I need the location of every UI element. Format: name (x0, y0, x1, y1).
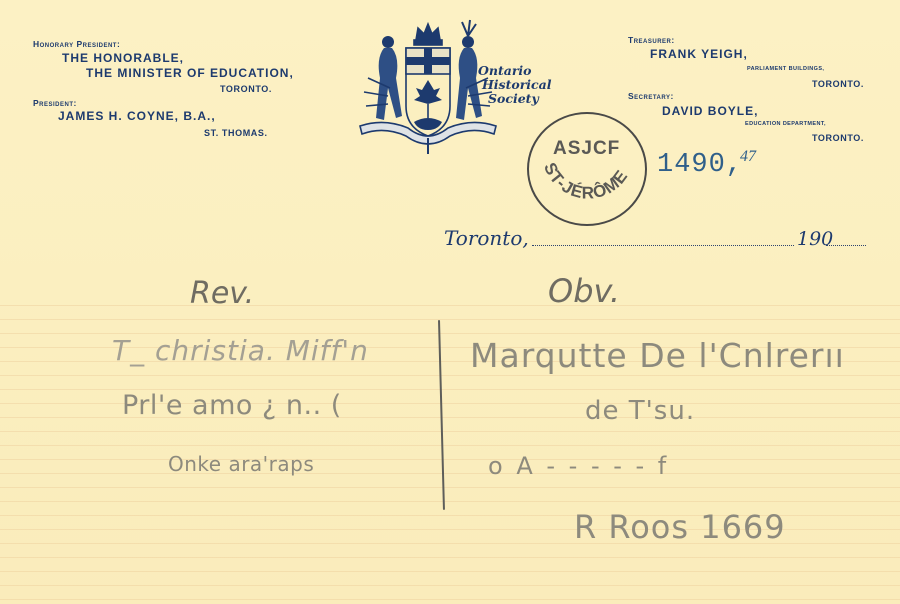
honorary-city: TORONTO. (220, 84, 272, 94)
society-name: Ontario Historical Society (478, 64, 552, 106)
obverse-line-2: de T'su. (585, 396, 695, 426)
reverse-line-3: Onke ara'raps (168, 452, 314, 476)
honorary-line2: THE MINISTER OF EDUCATION, (86, 66, 294, 80)
treasurer-city: TORONTO. (812, 79, 864, 89)
reverse-line-2: Prl'e amo ¿ n.. ( (122, 390, 342, 421)
secretary-name: DAVID BOYLE, (662, 104, 758, 118)
secretary-office: EDUCATION DEPARTMENT, (745, 121, 826, 127)
treasurer-label: Treasurer: (628, 35, 675, 45)
dateline-year: 190 (797, 228, 833, 250)
obverse-heading: Obv. (548, 272, 620, 310)
svg-text:ST-JÉRÔME: ST-JÉRÔME (540, 160, 632, 203)
reverse-line-1: T_ christia. Miff'n (112, 334, 369, 367)
president-name: JAMES H. COYNE, B.A., (58, 109, 216, 123)
dateline-city: Toronto, (444, 226, 529, 250)
accession-number: 1490, (657, 150, 743, 180)
accession-suffix: 47 (740, 148, 756, 166)
society-line1: Ontario (478, 64, 552, 78)
president-label: President: (33, 98, 77, 108)
honorary-line1: THE HONORABLE, (62, 51, 184, 65)
president-city: ST. THOMAS. (204, 128, 268, 138)
treasurer-office: PARLIAMENT BUILDINGS, (747, 66, 824, 72)
secretary-label: Secretary: (628, 91, 674, 101)
year-dotted-line (826, 245, 866, 246)
society-line2: Historical (478, 78, 552, 92)
obverse-line-1: Marqutte De l'Cnlrerıı (470, 336, 845, 375)
honorary-president-label: Honorary President: (33, 39, 120, 49)
secretary-city: TORONTO. (812, 133, 864, 143)
society-line3: Society (478, 92, 552, 106)
obverse-line-3: o A - - - - - f (488, 452, 669, 480)
treasurer-name: FRANK YEIGH, (650, 47, 748, 61)
archive-stamp: ASJCF ST-JÉRÔME (527, 112, 647, 226)
reverse-heading: Rev. (190, 276, 254, 311)
date-dotted-line (532, 245, 794, 246)
stamp-bottom-text: ST-JÉRÔME (540, 160, 632, 203)
stamp-arc-text: ST-JÉRÔME (529, 114, 645, 224)
obverse-line-4: R Roos 1669 (574, 508, 786, 546)
